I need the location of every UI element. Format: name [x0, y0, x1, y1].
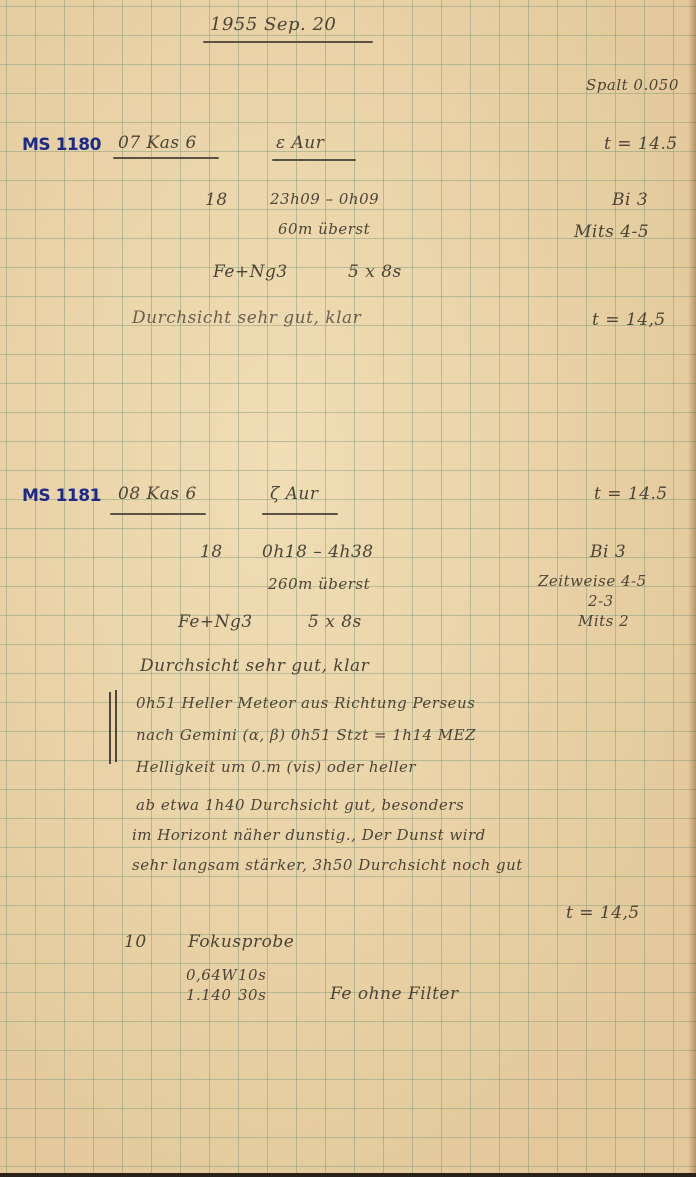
- star-underline: [262, 513, 338, 515]
- focus-setting: 1.140: [186, 986, 231, 1004]
- scintillation: Mits 4-5: [574, 222, 649, 242]
- page-date: 1955 Sep. 20: [210, 14, 336, 35]
- note-line: sehr langsam stärker, 3h50 Durchsicht no…: [132, 856, 523, 874]
- slit-width: Spalt 0.050: [586, 76, 679, 94]
- star-name: ε Aur: [276, 133, 324, 153]
- transparency-note: Durchsicht sehr gut, klar: [132, 308, 361, 328]
- note-line: Helligkeit um 0.m (vis) oder heller: [136, 758, 416, 776]
- notebook-page: 1955 Sep. 20 Spalt 0.050 MS 1180 07 Kas …: [0, 0, 696, 1177]
- plate-number: MS 1180: [22, 135, 101, 155]
- transparency-note: Durchsicht sehr gut, klar: [140, 656, 369, 676]
- exposure-duration: 260m überst: [268, 575, 370, 593]
- time-range: 23h09 – 0h09: [270, 190, 379, 208]
- cassette-label: 07 Kas 6: [118, 133, 197, 153]
- focus-setting: 0,64W: [186, 966, 237, 984]
- entry-number: 18: [205, 190, 228, 210]
- focus-remark: Fe ohne Filter: [330, 984, 459, 1004]
- page-bottom-edge: [0, 1173, 696, 1177]
- note-margin-bar: [109, 692, 111, 764]
- note-margin-bar: [115, 690, 117, 762]
- cassette-underline: [113, 157, 219, 159]
- seeing: Bi 3: [612, 190, 648, 210]
- focus-test-title: Fokusprobe: [188, 932, 294, 952]
- exposures: 5 x 8s: [348, 262, 402, 282]
- exposures: 5 x 8s: [308, 612, 362, 632]
- exposure-duration: 60m überst: [278, 220, 370, 238]
- note-line: ab etwa 1h40 Durchsicht gut, besonders: [136, 796, 464, 814]
- scintillation-3: Mits 2: [578, 612, 629, 630]
- time-range: 0h18 – 4h38: [262, 542, 374, 562]
- star-name: ζ Aur: [270, 484, 318, 504]
- focus-exposure: 30s: [238, 986, 266, 1004]
- scintillation-1: Zeitweise 4-5: [538, 572, 647, 590]
- seeing: Bi 3: [590, 542, 626, 562]
- temperature-start: t = 14.5: [594, 484, 668, 504]
- temperature-end: t = 14,5: [592, 310, 666, 330]
- plate-number: MS 1181: [22, 486, 101, 506]
- filter: Fe+Ng3: [178, 612, 253, 632]
- note-line: im Horizont näher dunstig., Der Dunst wi…: [132, 826, 486, 844]
- cassette-underline: [110, 513, 206, 515]
- star-underline: [272, 159, 356, 161]
- note-line: 0h51 Heller Meteor aus Richtung Perseus: [136, 694, 475, 712]
- date-underline: [203, 41, 373, 43]
- temperature-end: t = 14,5: [566, 903, 640, 923]
- temperature-start: t = 14.5: [604, 134, 678, 154]
- entry-number: 10: [124, 932, 147, 952]
- filter: Fe+Ng3: [213, 262, 288, 282]
- page-edge-shadow: [688, 0, 696, 1177]
- entry-number: 18: [200, 542, 223, 562]
- scintillation-2: 2-3: [588, 592, 614, 610]
- focus-exposure: 10s: [238, 966, 266, 984]
- note-line: nach Gemini (α, β) 0h51 Stzt = 1h14 MEZ: [136, 726, 476, 744]
- cassette-label: 08 Kas 6: [118, 484, 197, 504]
